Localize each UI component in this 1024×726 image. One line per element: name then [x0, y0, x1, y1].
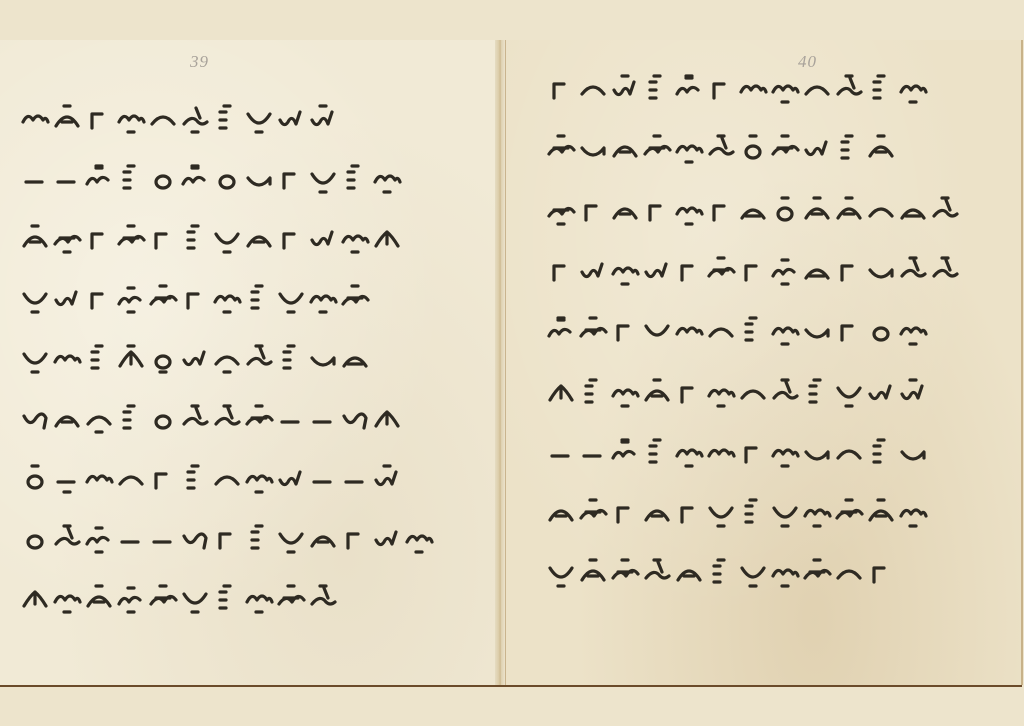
script-glyph [116, 458, 146, 498]
script-glyph [674, 310, 704, 350]
script-glyph [834, 372, 864, 412]
script-glyph [20, 518, 50, 558]
script-glyph [52, 458, 82, 498]
script-glyph [546, 552, 576, 592]
script-glyph [148, 218, 178, 258]
script-glyph [898, 372, 928, 412]
script-glyph [770, 432, 800, 472]
script-glyph [610, 310, 640, 350]
script-glyph [834, 310, 864, 350]
page-number: 39 [190, 52, 209, 72]
script-glyph [770, 372, 800, 412]
script-glyph [372, 398, 402, 438]
script-glyph [642, 492, 672, 532]
script-glyph [212, 458, 242, 498]
script-glyph [706, 432, 736, 472]
script-glyph [770, 128, 800, 168]
script-glyph [706, 552, 736, 592]
script-glyph [834, 190, 864, 230]
script-glyph [802, 250, 832, 290]
script-glyph [244, 158, 274, 198]
script-glyph [770, 310, 800, 350]
script-line [546, 310, 930, 350]
script-glyph [706, 310, 736, 350]
script-glyph [738, 250, 768, 290]
script-glyph [898, 68, 928, 108]
script-glyph [52, 398, 82, 438]
script-glyph [212, 398, 242, 438]
script-glyph [20, 278, 50, 318]
script-glyph [52, 218, 82, 258]
script-glyph [116, 338, 146, 378]
script-glyph [20, 398, 50, 438]
script-glyph [212, 518, 242, 558]
script-glyph [340, 338, 370, 378]
script-glyph [770, 492, 800, 532]
script-glyph [84, 338, 114, 378]
script-glyph [180, 278, 210, 318]
script-glyph [546, 128, 576, 168]
script-glyph [578, 128, 608, 168]
script-line [20, 158, 404, 198]
script-glyph [802, 432, 832, 472]
script-glyph [738, 432, 768, 472]
script-glyph [84, 218, 114, 258]
script-line [20, 578, 340, 618]
script-glyph [244, 398, 274, 438]
script-glyph [244, 578, 274, 618]
script-glyph [84, 518, 114, 558]
script-glyph [212, 338, 242, 378]
script-line [546, 372, 930, 412]
script-glyph [276, 518, 306, 558]
script-line [20, 518, 436, 558]
script-glyph [372, 518, 402, 558]
script-glyph [770, 190, 800, 230]
script-glyph [546, 190, 576, 230]
script-glyph [180, 398, 210, 438]
script-glyph [84, 458, 114, 498]
script-glyph [802, 552, 832, 592]
script-glyph [276, 338, 306, 378]
script-line [20, 398, 404, 438]
script-glyph [52, 158, 82, 198]
script-glyph [866, 372, 896, 412]
script-glyph [180, 458, 210, 498]
script-glyph [116, 518, 146, 558]
script-glyph [546, 250, 576, 290]
script-line [546, 492, 930, 532]
script-glyph [706, 128, 736, 168]
script-line [546, 128, 898, 168]
script-glyph [674, 492, 704, 532]
script-glyph [578, 372, 608, 412]
script-glyph [834, 492, 864, 532]
script-glyph [340, 458, 370, 498]
script-glyph [578, 432, 608, 472]
script-glyph [674, 250, 704, 290]
script-glyph [802, 190, 832, 230]
script-glyph [802, 128, 832, 168]
script-line [20, 218, 404, 258]
script-glyph [802, 372, 832, 412]
script-glyph [930, 250, 960, 290]
script-glyph [866, 552, 896, 592]
script-glyph [308, 518, 338, 558]
script-glyph [610, 552, 640, 592]
script-glyph [276, 218, 306, 258]
script-glyph [770, 552, 800, 592]
script-glyph [308, 158, 338, 198]
script-glyph [180, 578, 210, 618]
manuscript-photo: 39 40 [0, 40, 1022, 687]
script-glyph [642, 552, 672, 592]
script-line [546, 432, 930, 472]
script-glyph [642, 250, 672, 290]
script-line [546, 250, 962, 290]
script-glyph [340, 278, 370, 318]
script-glyph [738, 552, 768, 592]
script-glyph [84, 398, 114, 438]
script-glyph [866, 250, 896, 290]
script-glyph [642, 128, 672, 168]
script-glyph [180, 98, 210, 138]
script-glyph [866, 68, 896, 108]
script-glyph [276, 158, 306, 198]
script-glyph [84, 158, 114, 198]
script-glyph [610, 250, 640, 290]
script-glyph [610, 492, 640, 532]
script-glyph [52, 278, 82, 318]
script-glyph [706, 250, 736, 290]
script-glyph [834, 432, 864, 472]
script-glyph [340, 518, 370, 558]
script-glyph [642, 68, 672, 108]
script-glyph [308, 458, 338, 498]
script-glyph [52, 98, 82, 138]
script-glyph [244, 458, 274, 498]
script-glyph [212, 278, 242, 318]
script-glyph [866, 310, 896, 350]
script-glyph [674, 372, 704, 412]
manuscript-page-left: 39 [0, 40, 495, 685]
book-spine [495, 40, 505, 685]
script-glyph [52, 518, 82, 558]
script-line [20, 98, 340, 138]
script-glyph [148, 518, 178, 558]
script-glyph [308, 278, 338, 318]
script-glyph [738, 68, 768, 108]
script-glyph [404, 518, 434, 558]
script-glyph [212, 218, 242, 258]
script-glyph [738, 310, 768, 350]
script-glyph [706, 372, 736, 412]
script-glyph [244, 338, 274, 378]
script-glyph [212, 98, 242, 138]
script-glyph [148, 578, 178, 618]
script-glyph [738, 492, 768, 532]
script-glyph [20, 578, 50, 618]
script-glyph [180, 158, 210, 198]
script-glyph [148, 458, 178, 498]
script-glyph [308, 218, 338, 258]
script-glyph [898, 250, 928, 290]
script-glyph [116, 158, 146, 198]
script-glyph [834, 552, 864, 592]
script-glyph [578, 310, 608, 350]
script-line [20, 278, 372, 318]
script-glyph [674, 128, 704, 168]
script-glyph [706, 68, 736, 108]
script-glyph [866, 128, 896, 168]
script-glyph [308, 398, 338, 438]
script-glyph [706, 190, 736, 230]
script-glyph [148, 338, 178, 378]
script-glyph [642, 310, 672, 350]
script-glyph [84, 278, 114, 318]
script-glyph [148, 98, 178, 138]
script-glyph [244, 98, 274, 138]
script-glyph [642, 372, 672, 412]
script-glyph [244, 278, 274, 318]
script-glyph [546, 310, 576, 350]
script-glyph [20, 338, 50, 378]
script-glyph [866, 432, 896, 472]
script-glyph [578, 190, 608, 230]
script-glyph [610, 190, 640, 230]
script-glyph [610, 68, 640, 108]
script-glyph [738, 128, 768, 168]
script-glyph [578, 492, 608, 532]
script-glyph [212, 578, 242, 618]
script-glyph [546, 68, 576, 108]
script-glyph [770, 68, 800, 108]
script-glyph [674, 552, 704, 592]
script-glyph [578, 250, 608, 290]
script-glyph [116, 278, 146, 318]
script-glyph [244, 218, 274, 258]
script-glyph [52, 338, 82, 378]
script-glyph [834, 250, 864, 290]
script-glyph [372, 458, 402, 498]
script-glyph [180, 218, 210, 258]
script-glyph [244, 518, 274, 558]
script-glyph [802, 492, 832, 532]
script-glyph [610, 128, 640, 168]
script-glyph [340, 398, 370, 438]
script-glyph [148, 278, 178, 318]
script-glyph [52, 578, 82, 618]
script-glyph [180, 338, 210, 378]
script-glyph [866, 492, 896, 532]
script-glyph [834, 128, 864, 168]
script-line [20, 458, 404, 498]
script-glyph [642, 190, 672, 230]
script-glyph [116, 98, 146, 138]
script-glyph [802, 310, 832, 350]
script-glyph [372, 158, 402, 198]
script-glyph [20, 218, 50, 258]
script-glyph [738, 372, 768, 412]
script-glyph [340, 158, 370, 198]
script-glyph [116, 398, 146, 438]
script-line [20, 338, 372, 378]
script-glyph [20, 158, 50, 198]
script-glyph [212, 158, 242, 198]
script-glyph [180, 518, 210, 558]
script-glyph [898, 310, 928, 350]
script-glyph [834, 68, 864, 108]
script-glyph [20, 458, 50, 498]
script-glyph [610, 372, 640, 412]
script-glyph [308, 578, 338, 618]
script-glyph [148, 398, 178, 438]
script-glyph [674, 68, 704, 108]
script-glyph [898, 432, 928, 472]
script-glyph [372, 218, 402, 258]
script-glyph [706, 492, 736, 532]
script-glyph [674, 432, 704, 472]
script-glyph [898, 190, 928, 230]
script-line [546, 190, 962, 230]
manuscript-page-right: 40 [505, 40, 1023, 685]
script-glyph [20, 98, 50, 138]
script-glyph [930, 190, 960, 230]
script-glyph [340, 218, 370, 258]
script-glyph [738, 190, 768, 230]
script-glyph [308, 98, 338, 138]
script-glyph [578, 68, 608, 108]
script-glyph [642, 432, 672, 472]
script-glyph [276, 458, 306, 498]
script-glyph [546, 492, 576, 532]
script-line [546, 552, 898, 592]
script-glyph [116, 218, 146, 258]
script-glyph [276, 278, 306, 318]
script-glyph [276, 578, 306, 618]
script-glyph [802, 68, 832, 108]
script-glyph [546, 372, 576, 412]
script-glyph [308, 338, 338, 378]
script-line [546, 68, 930, 108]
script-glyph [898, 492, 928, 532]
script-glyph [84, 98, 114, 138]
script-glyph [276, 398, 306, 438]
script-glyph [674, 190, 704, 230]
script-glyph [276, 98, 306, 138]
script-glyph [610, 432, 640, 472]
script-glyph [116, 578, 146, 618]
script-glyph [546, 432, 576, 472]
script-glyph [770, 250, 800, 290]
script-glyph [578, 552, 608, 592]
script-glyph [866, 190, 896, 230]
script-glyph [84, 578, 114, 618]
script-glyph [148, 158, 178, 198]
